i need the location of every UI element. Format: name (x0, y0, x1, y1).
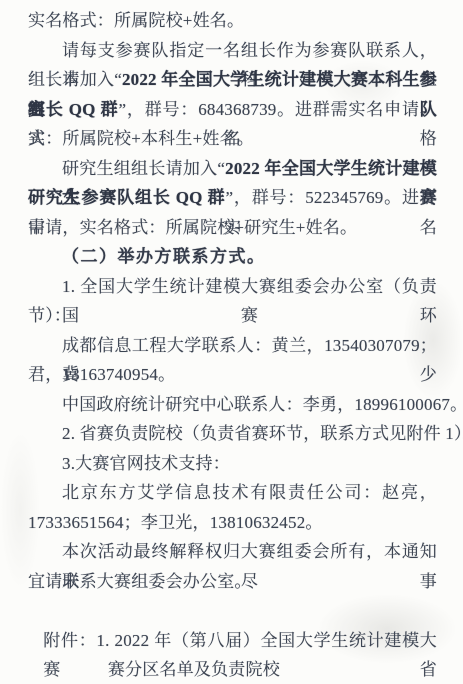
text-line: 研究生参赛队组长 QQ 群”，群号：522345769。进群需实名 (28, 183, 437, 213)
text-line: 请每支参赛队指定一名组长作为参赛队联系人，本科组 (28, 36, 437, 66)
text-segment: 君，13163740954。 (28, 365, 175, 384)
bold-text-segment: 研究生参赛队组长 QQ 群 (28, 188, 226, 207)
text-segment: 赛分区名单及负责院校 (108, 660, 280, 679)
text-line: 2. 省赛负责院校（负责省赛环节，联系方式见附件 1）。 (28, 419, 437, 449)
text-line: 实名格式：所属院校+姓名。 (28, 6, 437, 36)
text-line: （二）举办方联系方式。 (28, 242, 437, 272)
text-segment: 中国政府统计研究中心联系人：李勇，18996100067。 (62, 395, 463, 414)
blank-line (28, 596, 437, 626)
text-segment: 实名格式：所属院校+姓名。 (28, 11, 244, 30)
text-line: 组长请加入“2022 年全国大学生统计建模大赛本科生参赛队 (28, 65, 437, 95)
text-line: 附件：1. 2022 年（第八届）全国大学生统计建模大赛省 (28, 626, 437, 656)
text-segment: 组长请加入“ (28, 70, 122, 89)
text-segment: 节）： (28, 306, 71, 325)
text-segment: 研究生组组长请加入“ (62, 159, 225, 178)
text-segment: 北京东方艾学信息技术有限责任公司：赵亮， (62, 483, 437, 502)
text-segment: 式：所属院校+本科生+姓名。 (28, 129, 254, 148)
text-segment: 1. 全国大学生统计建模大赛组委会办公室（负责国赛环 (62, 277, 437, 326)
text-line: 研究生组组长请加入“2022 年全国大学生统计建模大赛 (28, 154, 437, 184)
text-line: 1. 全国大学生统计建模大赛组委会办公室（负责国赛环 (28, 272, 437, 302)
document-page: 实名格式：所属院校+姓名。请每支参赛队指定一名组长作为参赛队联系人，本科组组长请… (0, 0, 463, 684)
text-line: 成都信息工程大学联系人：黄兰，13540307079；冀少 (28, 331, 437, 361)
text-block: 实名格式：所属院校+姓名。请每支参赛队指定一名组长作为参赛队联系人，本科组组长请… (0, 0, 463, 684)
text-segment: 3.大赛官网技术支持： (62, 454, 230, 473)
text-line: 本次活动最终解释权归大赛组委会所有，本通知未尽事 (28, 537, 437, 567)
bold-text-segment: （二）举办方联系方式。 (62, 247, 266, 266)
text-line: 北京东方艾学信息技术有限责任公司：赵亮， (28, 478, 437, 508)
bold-text-segment: 组长 QQ 群 (28, 100, 119, 119)
text-segment: 17333651564；李卫光，13810632452。 (28, 513, 323, 532)
text-line: 中国政府统计研究中心联系人：李勇，18996100067。 (28, 390, 437, 420)
text-line: 17333651564；李卫光，13810632452。 (28, 508, 437, 538)
text-segment: 宜请联系大赛组委会办公室。 (28, 572, 252, 591)
text-line: 3.大赛官网技术支持： (28, 449, 437, 479)
text-segment: 2. 省赛负责院校（负责省赛环节，联系方式见附件 1）。 (62, 424, 463, 443)
text-segment: 申请，实名格式：所属院校+研究生+姓名。 (28, 218, 357, 237)
text-line: 组长 QQ 群”，群号：684368739。进群需实名申请、实名格 (28, 95, 437, 125)
